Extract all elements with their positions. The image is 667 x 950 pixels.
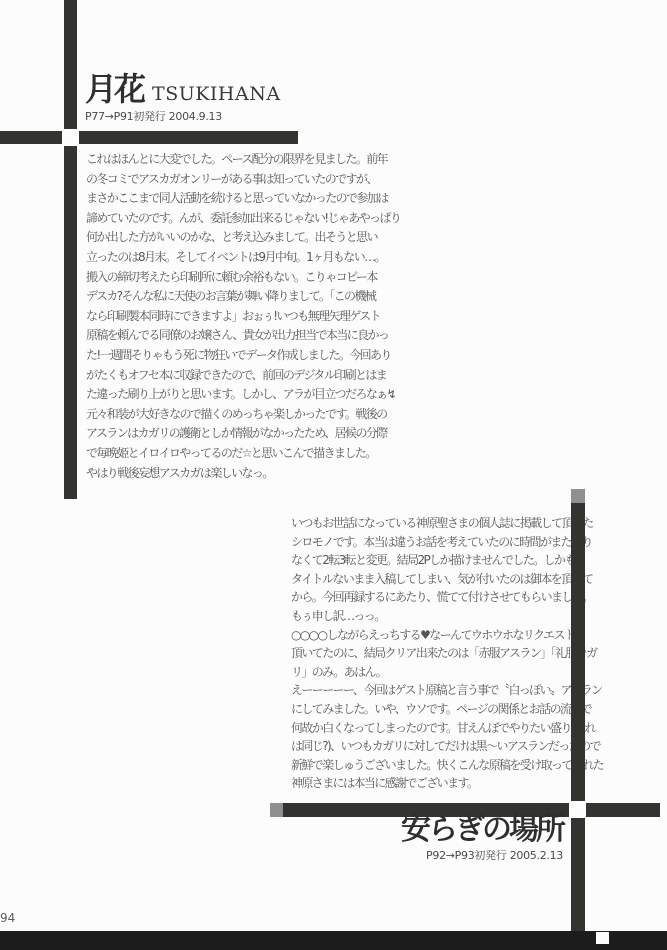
text-line: まさかここまで同人活動を続けると思っていなかったので参加は	[86, 189, 400, 209]
top-horizontal-bar	[0, 131, 298, 144]
bottom-edge-bar-notch	[596, 932, 609, 944]
text-line: た!一週間そりゃもう死に物狂いでデータ作成しました。今回あり	[86, 346, 400, 366]
text-line: タイトルないまま入稿してしまい、気が付いたのは御本を頂いて	[291, 570, 603, 589]
text-line: なら印刷製本同時にできますよ」おぉぅ!いつも無理矢理ゲスト	[86, 307, 400, 327]
section2-heading: 安らぎの場所 P92→P93初発行 2005.2.13	[401, 813, 563, 863]
right-vertical-bar	[571, 489, 585, 950]
text-line: にしてみました。いや、ウソです。ページの関係とお話の流れで	[291, 700, 603, 719]
text-line: 立ったのは8月末。そしてイベントは9月中旬。1ヶ月もない…。	[86, 248, 400, 268]
text-line: もぅ申し訳…っっ。	[291, 607, 603, 626]
section2-publication-info: P92→P93初発行 2005.2.13	[401, 847, 563, 863]
text-line: 新鮮で楽しゅうございました。快くこんな原稿を受け取ってくれた	[291, 756, 603, 775]
section2-paragraph: いつもお世話になっている神原聖さまの個人誌に掲載して頂いたシロモノです。本当は違…	[291, 514, 603, 793]
text-line: やはり戦後妄想アスカガは楽しいなっ。	[86, 464, 400, 484]
right-vertical-bar-tip-square	[571, 489, 585, 503]
section1-title-romaji: TSUKIHANA	[152, 83, 281, 105]
text-line: いつもお世話になっている神原聖さまの個人誌に掲載して頂いた	[291, 514, 603, 533]
section2-title: 安らぎの場所	[401, 813, 563, 846]
cross-intersection-square-top	[62, 129, 79, 146]
text-line: は同じ?)、いつもカガリに対してだけは黒〜いアスランだったので	[291, 737, 603, 756]
page-number: 94	[0, 911, 15, 925]
text-line: た違った刷り上がりと思います。しかし、アラが目立つだろなぁ↯	[86, 385, 400, 405]
section1-title: 月花	[85, 72, 143, 107]
text-line: 原稿を頼んでる同僚のお嬢さん、貴女が出力担当で本当に良かっ	[86, 326, 400, 346]
text-line: から。今回再録するにあたり、慌てて付けさせてもらいました。	[291, 588, 603, 607]
text-line: の冬コミでアスカガオンリーがある事は知っていたのですが、	[86, 170, 400, 190]
bottom-edge-bar	[0, 931, 667, 950]
text-line: これはほんとに大変でした。ペース配分の限界を見ました。前年	[86, 150, 400, 170]
section1-heading: 月花 TSUKIHANA P77→P91初発行 2004.9.13	[85, 72, 281, 124]
left-vertical-bar	[64, 0, 77, 499]
text-line: 諦めていたのです。んが、委託参加出来るじゃない!じゃあやっぱり	[86, 209, 400, 229]
text-line: 頂いてたのに、結局クリア出来たのは「赤服アスラン」「礼服カガ	[291, 644, 603, 663]
text-line: 神原さまには本当に感謝でございます。	[291, 774, 603, 793]
cross-intersection-square-bottom	[569, 801, 586, 818]
afterword-page: 月花 TSUKIHANA P77→P91初発行 2004.9.13 これはほんと…	[0, 0, 667, 950]
section1-paragraph: これはほんとに大変でした。ペース配分の限界を見ました。前年の冬コミでアスカガオン…	[86, 150, 400, 483]
text-line: なくて2転3転と変更。結局2Pしか描けませんでした。しかも	[291, 551, 603, 570]
text-line: 何か出した方がいいのかな、と考え込みまして。出そうと思い	[86, 228, 400, 248]
text-line: 搬入の締切考えたら印刷所に頼む余裕もない。こりゃコピー本	[86, 268, 400, 288]
text-line: えーーーーー、今回はゲスト原稿と言う事で〝白っぽい〟アスラン	[291, 681, 603, 700]
text-line: 元々和装が大好きなので描くのめっちゃ楽しかったです。戦後の	[86, 405, 400, 425]
text-line: 何故か白くなってしまったのです。甘えんぼでやりたい盛り(これ	[291, 719, 603, 738]
text-line: デスカ?そんな私に天使のお言葉が舞い降りまして。「この機械	[86, 287, 400, 307]
bottom-horizontal-bar-tip-square	[270, 803, 283, 817]
text-line: アスランはカガリの護衛としか情報がなかったため、居候の分際	[86, 424, 400, 444]
text-line: リ」のみ。あはん。	[291, 663, 603, 682]
text-line: で毎晩姫とイロイロやってるのだ☆と思いこんで描きました。	[86, 444, 400, 464]
text-line: がたくもオフセ本に収録できたので、前回のデジタル印刷とはま	[86, 366, 400, 386]
text-line: シロモノです。本当は違うお話を考えていたのに時間がまた足り	[291, 533, 603, 552]
text-line: ○○○○しながらえっちする♥なーんてウホウホなリクエストも	[291, 626, 603, 645]
section1-publication-info: P77→P91初発行 2004.9.13	[85, 108, 281, 124]
